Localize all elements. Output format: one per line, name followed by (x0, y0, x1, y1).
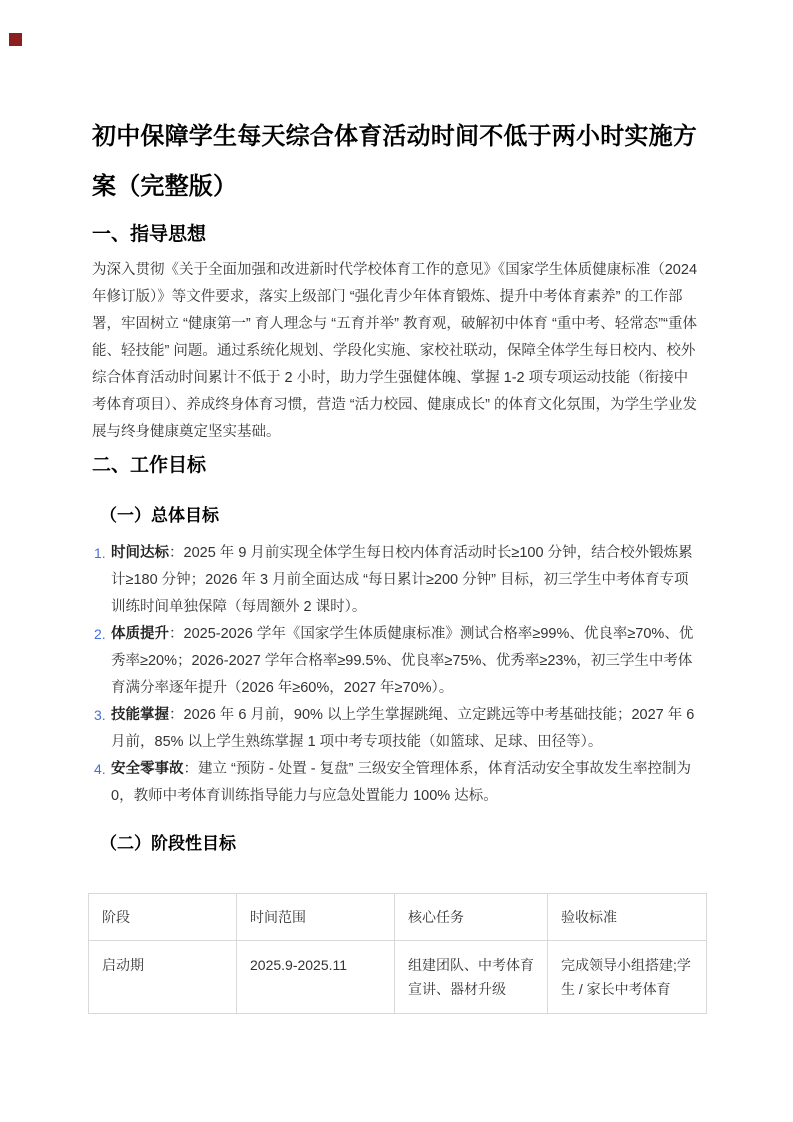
list-item-text: ：2025-2026 学年《国家学生体质健康标准》测试合格率≥99%、优良率≥7… (111, 626, 693, 696)
list-item-number: 3. (94, 702, 106, 729)
table-cell-stage: 启动期 (89, 941, 237, 1014)
table-header-stage: 阶段 (89, 894, 237, 941)
list-item-term: 技能掌握 (111, 707, 169, 723)
subsection-heading-overall-goals: （一）总体目标 (100, 503, 700, 529)
table-cell-timerange: 2025.9-2025.11 (237, 941, 395, 1014)
list-item-term: 时间达标 (111, 545, 169, 561)
list-item-text: ：建立 “预防 - 处置 - 复盘” 三级安全管理体系，体育活动安全事故发生率控… (111, 761, 691, 804)
section-heading-guiding-ideology: 一、指导思想 (92, 221, 700, 249)
list-item-text: ：2026 年 6 月前，90% 以上学生掌握跳绳、立定跳远等中考基础技能；20… (111, 707, 694, 750)
page-corner-marker (9, 33, 22, 46)
table-row: 启动期 2025.9-2025.11 组建团队、中考体育宣讲、器材升级 完成领导… (89, 941, 707, 1014)
list-item-skill-mastery: 3.技能掌握：2026 年 6 月前，90% 以上学生掌握跳绳、立定跳远等中考基… (94, 702, 700, 756)
subsection-heading-stage-goals: （二）阶段性目标 (100, 831, 700, 857)
document-page: 初中保障学生每天综合体育活动时间不低于两小时实施方案（完整版） 一、指导思想 为… (0, 0, 793, 1122)
list-item-fitness-improve: 2.体质提升：2025-2026 学年《国家学生体质健康标准》测试合格率≥99%… (94, 621, 700, 702)
list-item-number: 2. (94, 621, 106, 648)
list-item-time-target: 1.时间达标：2025 年 9 月前实现全体学生每日校内体育活动时长≥100 分… (94, 540, 700, 621)
list-item-number: 1. (94, 540, 106, 567)
list-item-term: 安全零事故 (111, 761, 184, 777)
list-item-text: ：2025 年 9 月前实现全体学生每日校内体育活动时长≥100 分钟，结合校外… (111, 545, 693, 615)
overall-goals-list: 1.时间达标：2025 年 9 月前实现全体学生每日校内体育活动时长≥100 分… (94, 540, 700, 810)
list-item-term: 体质提升 (111, 626, 169, 642)
table-header-timerange: 时间范围 (237, 894, 395, 941)
guiding-ideology-paragraph: 为深入贯彻《关于全面加强和改进新时代学校体育工作的意见》《国家学生体质健康标准（… (92, 257, 700, 446)
document-title: 初中保障学生每天综合体育活动时间不低于两小时实施方案（完整版） (92, 0, 700, 212)
table-header-row: 阶段 时间范围 核心任务 验收标准 (89, 894, 707, 941)
table-cell-coretask: 组建团队、中考体育宣讲、器材升级 (395, 941, 548, 1014)
section-heading-work-goals: 二、工作目标 (92, 452, 700, 480)
table-cell-acceptance: 完成领导小组搭建;学生 / 家长中考体育 (548, 941, 707, 1014)
table-header-acceptance: 验收标准 (548, 894, 707, 941)
list-item-number: 4. (94, 756, 106, 783)
stage-goals-table: 阶段 时间范围 核心任务 验收标准 启动期 2025.9-2025.11 组建团… (88, 893, 707, 1014)
list-item-safety-zero: 4.安全零事故：建立 “预防 - 处置 - 复盘” 三级安全管理体系，体育活动安… (94, 756, 700, 810)
table-header-coretask: 核心任务 (395, 894, 548, 941)
